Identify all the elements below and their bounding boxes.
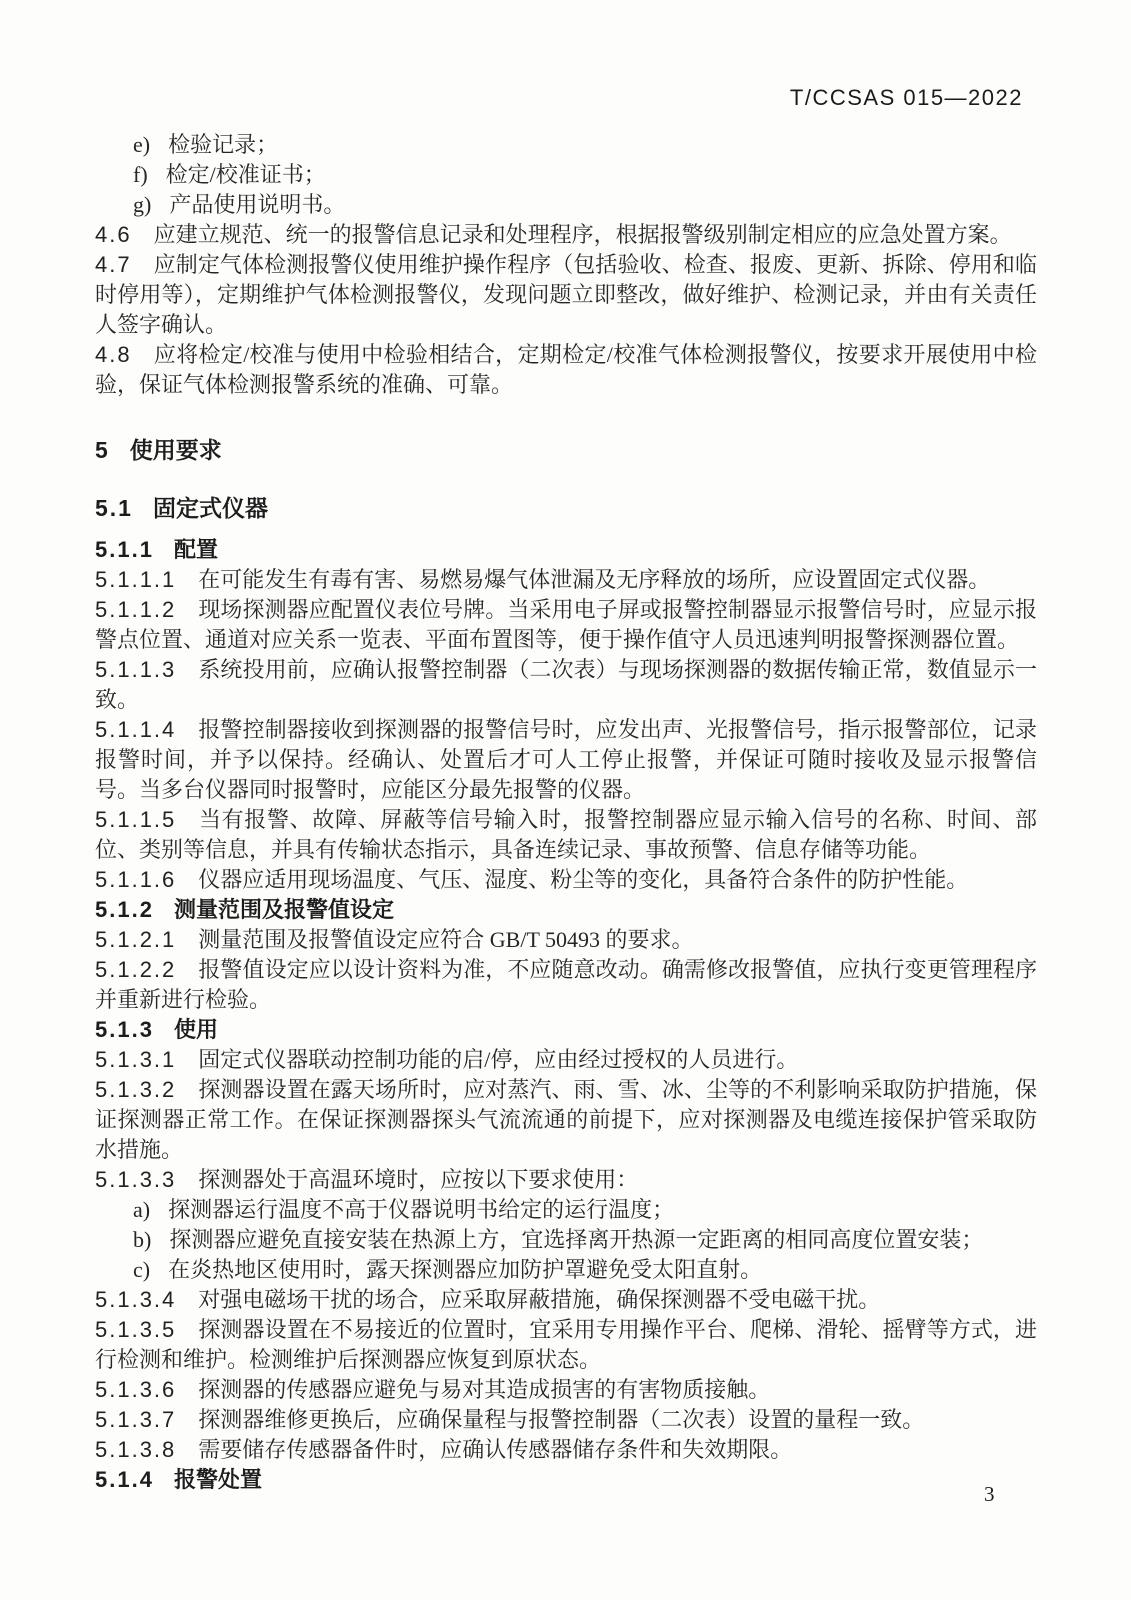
clause-number: 5.1.3.7: [95, 1407, 176, 1432]
list-text: 在炎热地区使用时，露天探测器应加防护罩避免受太阳直射。: [168, 1257, 762, 1282]
clause-text: 应建立规范、统一的报警信息记录和处理程序，根据报警级别制定相应的应急处置方案。: [154, 222, 1012, 247]
section-heading-5-1-4: 5.1.4报警处置: [95, 1465, 1037, 1495]
heading-title: 配置: [174, 537, 218, 562]
clause-number: 5.1.2.1: [95, 927, 176, 952]
page-number: 3: [984, 1480, 995, 1508]
list-marker: c): [133, 1257, 150, 1282]
clause-text: 现场探测器应配置仪表位号牌。当采用电子屏或报警控制器显示报警信号时，应显示报警点…: [95, 597, 1037, 652]
clause-text: 在可能发生有毒有害、易燃易爆气体泄漏及无序释放的场所，应设置固定式仪器。: [198, 567, 990, 592]
clause-text: 报警控制器接收到探测器的报警信号时，应发出声、光报警信号，指示报警部位，记录报警…: [95, 717, 1037, 802]
clause-text: 测量范围及报警值设定应符合 GB/T 50493 的要求。: [198, 927, 693, 952]
clause-number: 5.1.1.3: [95, 657, 176, 682]
clause-number: 5.1.3.1: [95, 1047, 176, 1072]
standard-code-header: T/CCSAS 015—2022: [95, 84, 1023, 112]
list-text: 产品使用说明书。: [169, 192, 345, 217]
clause-text: 仪器应适用现场温度、气压、湿度、粉尘等的变化，具备符合条件的防护性能。: [198, 867, 968, 892]
clause-5-1-1-1: 5.1.1.1在可能发生有毒有害、易燃易爆气体泄漏及无序释放的场所，应设置固定式…: [95, 565, 1037, 595]
list-item-g: g)产品使用说明书。: [95, 190, 1037, 220]
clause-number: 4.8: [95, 342, 132, 367]
clause-number: 5.1.3.4: [95, 1287, 176, 1312]
clause-text: 探测器的传感器应避免与易对其造成损害的有害物质接触。: [198, 1377, 770, 1402]
clause-number: 5.1.1.2: [95, 597, 176, 622]
list-item-f: f)检定/校准证书；: [95, 160, 1037, 190]
list-marker: b): [133, 1227, 151, 1252]
clause-number: 5.1.1.5: [95, 807, 176, 832]
heading-number: 5.1.3: [95, 1017, 154, 1042]
clause-number: 5.1.2.2: [95, 957, 176, 982]
list-item-a: a)探测器运行温度不高于仪器说明书给定的运行温度；: [95, 1195, 1037, 1225]
heading-title: 固定式仪器: [153, 495, 268, 521]
clause-number: 5.1.1.4: [95, 717, 176, 742]
clause-5-1-1-5: 5.1.1.5当有报警、故障、屏蔽等信号输入时，报警控制器应显示输入信号的名称、…: [95, 805, 1037, 865]
clause-5-1-1-6: 5.1.1.6仪器应适用现场温度、气压、湿度、粉尘等的变化，具备符合条件的防护性…: [95, 865, 1037, 895]
clause-5-1-3-5: 5.1.3.5探测器设置在不易接近的位置时，宜采用专用操作平台、爬梯、滑轮、摇臂…: [95, 1315, 1037, 1375]
clause-text: 对强电磁场干扰的场合，应采取屏蔽措施，确保探测器不受电磁干扰。: [198, 1287, 880, 1312]
clause-text: 探测器设置在不易接近的位置时，宜采用专用操作平台、爬梯、滑轮、摇臂等方式，进行检…: [95, 1317, 1037, 1372]
section-heading-5-1-2: 5.1.2测量范围及报警值设定: [95, 895, 1037, 925]
section-heading-5-1-3: 5.1.3使用: [95, 1015, 1037, 1045]
document-page: T/CCSAS 015—2022 e)检验记录； f)检定/校准证书； g)产品…: [0, 0, 1131, 1600]
clause-text: 应将检定/校准与使用中检验相结合，定期检定/校准气体检测报警仪，按要求开展使用中…: [95, 342, 1037, 397]
clause-number: 5.1.1.6: [95, 867, 176, 892]
clause-5-1-1-4: 5.1.1.4报警控制器接收到探测器的报警信号时，应发出声、光报警信号，指示报警…: [95, 715, 1037, 805]
heading-number: 5.1: [95, 495, 133, 521]
list-text: 探测器运行温度不高于仪器说明书给定的运行温度；: [168, 1197, 674, 1222]
clause-5-1-3-7: 5.1.3.7探测器维修更换后，应确保量程与报警控制器（二次表）设置的量程一致。: [95, 1405, 1037, 1435]
list-marker: a): [133, 1197, 150, 1222]
heading-number: 5.1.1: [95, 537, 154, 562]
clause-text: 探测器处于高温环境时，应按以下要求使用：: [198, 1167, 638, 1192]
clause-5-1-3-4: 5.1.3.4对强电磁场干扰的场合，应采取屏蔽措施，确保探测器不受电磁干扰。: [95, 1285, 1037, 1315]
clause-text: 探测器设置在露天场所时，应对蒸汽、雨、雪、冰、尘等的不利影响采取防护措施，保证探…: [95, 1077, 1037, 1162]
clause-text: 需要储存传感器备件时，应确认传感器储存条件和失效期限。: [198, 1437, 792, 1462]
heading-number: 5.1.2: [95, 897, 154, 922]
clause-5-1-3-1: 5.1.3.1固定式仪器联动控制功能的启/停，应由经过授权的人员进行。: [95, 1045, 1037, 1075]
list-text: 检定/校准证书；: [166, 162, 326, 187]
clause-4-8: 4.8应将检定/校准与使用中检验相结合，定期检定/校准气体检测报警仪，按要求开展…: [95, 340, 1037, 400]
clause-number: 5.1.1.1: [95, 567, 176, 592]
section-heading-5-1: 5.1固定式仪器: [95, 493, 1037, 523]
clause-text: 应制定气体检测报警仪使用维护操作程序（包括验收、检查、报废、更新、拆除、停用和临…: [95, 252, 1037, 337]
heading-title: 使用要求: [130, 437, 222, 463]
heading-title: 报警处置: [174, 1467, 262, 1492]
clause-5-1-1-2: 5.1.1.2现场探测器应配置仪表位号牌。当采用电子屏或报警控制器显示报警信号时…: [95, 595, 1037, 655]
list-marker: f): [133, 162, 148, 187]
clause-5-1-3-6: 5.1.3.6探测器的传感器应避免与易对其造成损害的有害物质接触。: [95, 1375, 1037, 1405]
clause-5-1-3-2: 5.1.3.2探测器设置在露天场所时，应对蒸汽、雨、雪、冰、尘等的不利影响采取防…: [95, 1075, 1037, 1165]
clause-4-6: 4.6应建立规范、统一的报警信息记录和处理程序，根据报警级别制定相应的应急处置方…: [95, 220, 1037, 250]
clause-5-1-2-2: 5.1.2.2报警值设定应以设计资料为准，不应随意改动。确需修改报警值，应执行变…: [95, 955, 1037, 1015]
clause-text: 报警值设定应以设计资料为准，不应随意改动。确需修改报警值，应执行变更管理程序并重…: [95, 957, 1037, 1012]
clause-5-1-3-3: 5.1.3.3探测器处于高温环境时，应按以下要求使用：: [95, 1165, 1037, 1195]
heading-title: 测量范围及报警值设定: [174, 897, 394, 922]
clause-number: 5.1.3.2: [95, 1077, 176, 1102]
clause-4-7: 4.7应制定气体检测报警仪使用维护操作程序（包括验收、检查、报废、更新、拆除、停…: [95, 250, 1037, 340]
heading-title: 使用: [174, 1017, 218, 1042]
clause-number: 4.7: [95, 252, 132, 277]
clause-number: 5.1.3.5: [95, 1317, 176, 1342]
clause-text: 探测器维修更换后，应确保量程与报警控制器（二次表）设置的量程一致。: [198, 1407, 924, 1432]
section-heading-5: 5使用要求: [95, 435, 1037, 465]
heading-number: 5.1.4: [95, 1467, 154, 1492]
clause-number: 4.6: [95, 222, 132, 247]
clause-text: 固定式仪器联动控制功能的启/停，应由经过授权的人员进行。: [198, 1047, 798, 1072]
clause-number: 5.1.3.6: [95, 1377, 176, 1402]
list-text: 探测器应避免直接安装在热源上方，宜选择离开热源一定距离的相同高度位置安装；: [169, 1227, 983, 1252]
clause-number: 5.1.3.8: [95, 1437, 176, 1462]
list-text: 检验记录；: [168, 132, 278, 157]
clause-5-1-3-8: 5.1.3.8需要储存传感器备件时，应确认传感器储存条件和失效期限。: [95, 1435, 1037, 1465]
heading-number: 5: [95, 437, 110, 463]
clause-text: 系统投用前，应确认报警控制器（二次表）与现场探测器的数据传输正常，数值显示一致。: [95, 657, 1037, 712]
clause-5-1-2-1: 5.1.2.1测量范围及报警值设定应符合 GB/T 50493 的要求。: [95, 925, 1037, 955]
list-item-e: e)检验记录；: [95, 130, 1037, 160]
list-marker: e): [133, 132, 150, 157]
clause-5-1-1-3: 5.1.1.3系统投用前，应确认报警控制器（二次表）与现场探测器的数据传输正常，…: [95, 655, 1037, 715]
clause-text: 当有报警、故障、屏蔽等信号输入时，报警控制器应显示输入信号的名称、时间、部位、类…: [95, 807, 1037, 862]
section-heading-5-1-1: 5.1.1配置: [95, 535, 1037, 565]
list-item-c: c)在炎热地区使用时，露天探测器应加防护罩避免受太阳直射。: [95, 1255, 1037, 1285]
list-item-b: b)探测器应避免直接安装在热源上方，宜选择离开热源一定距离的相同高度位置安装；: [95, 1225, 1037, 1255]
clause-number: 5.1.3.3: [95, 1167, 176, 1192]
list-marker: g): [133, 192, 151, 217]
